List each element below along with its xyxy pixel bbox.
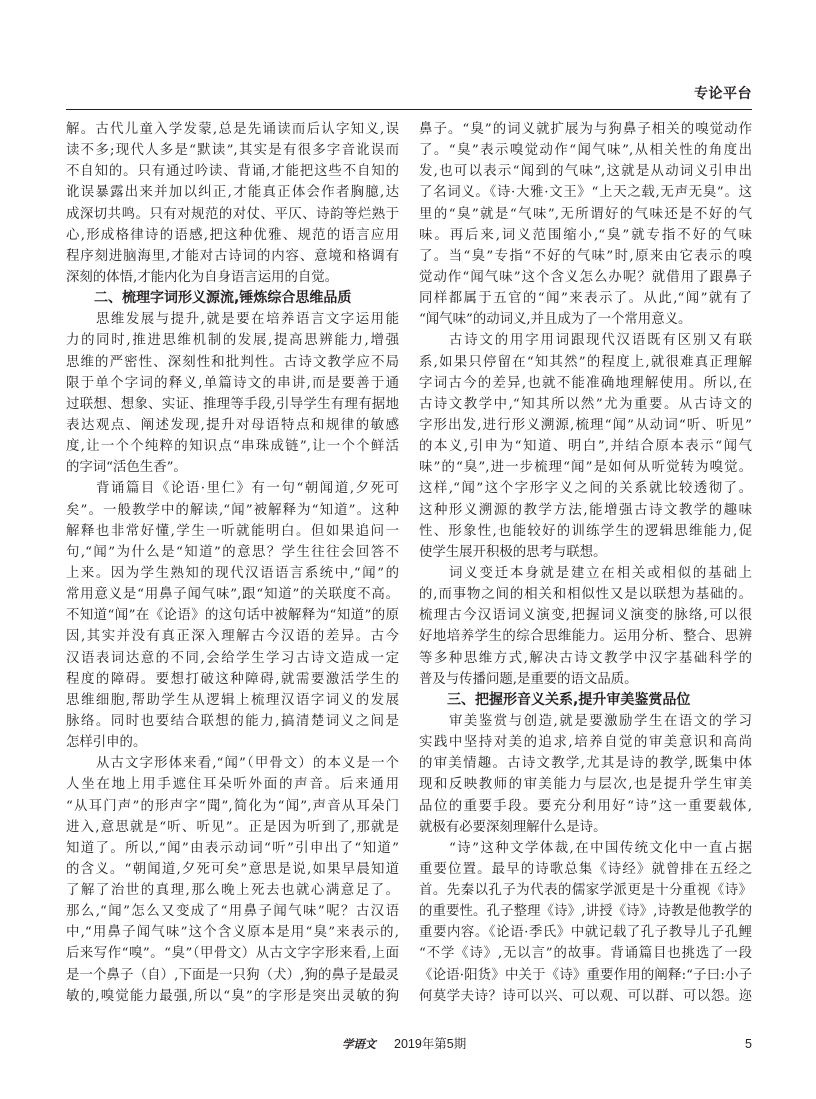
text-line: 的审美情趣。古诗文教学,尤其是诗的教学,既集中体 xyxy=(419,753,752,774)
text-line: 古诗文的用字用词跟现代汉语既有区别又有联 xyxy=(419,330,752,351)
text-line: 同样都属于五官的“闻”来表示了。从此,“闻”就有了 xyxy=(419,288,752,309)
text-line: 程序刻进脑海里,才能对古诗词的内容、意境和格调有 xyxy=(66,246,399,267)
issue-label: 2019年第5期 xyxy=(394,1036,466,1052)
text-line: 发,也可以表示“闻到的气味”,这就是从动词义引申出 xyxy=(419,161,752,182)
text-line: 词义变迁本身就是建立在相关或相似的基础上 xyxy=(419,563,752,584)
text-line: “不学《诗》,无以言”的故事。背诵篇目也挑选了一段 xyxy=(419,943,752,964)
text-line: 梳理古今汉语词义演变,把握词义演变的脉络,可以很 xyxy=(419,605,752,626)
left-column: 解。古代儿童入学发蒙,总是先诵读而后认字知义,误 读不多;现代人多是“默读”,其… xyxy=(66,119,399,1007)
text-line: 的重要性。孔子整理《诗》,讲授《诗》,诗教是他教学的 xyxy=(419,901,752,922)
text-line: 这种形义溯源的教学方法,能增强古诗文教学的趣味 xyxy=(419,500,752,521)
text-line: 敏的,嗅觉能力最强,所以“臭”的字形是突出灵敏的狗 xyxy=(66,986,399,1007)
section-heading: 二、梳理字词形义源流,锤炼综合思维品质 xyxy=(66,288,399,309)
text-line: 因,其实并没有真正深入理解古今汉语的差异。古今 xyxy=(66,626,399,647)
paragraph: 从古文字形体来看,“闻”（甲骨文）的本义是一个 人坐在地上用手遮住耳朵听外面的声… xyxy=(66,753,399,1007)
text-line: 脉络。同时也要结合联想的能力,搞清楚词义之间是 xyxy=(66,711,399,732)
text-line: 思维发展与提升,就是要在培养语言文字运用能 xyxy=(66,309,399,330)
text-line: 的字词“活色生香”。 xyxy=(66,457,399,478)
text-line: 读不多;现代人多是“默读”,其实是有很多字音讹误而 xyxy=(66,140,399,161)
text-line: 系,如果只停留在“知其然”的程度上,就很难真正理解 xyxy=(419,352,752,373)
page-number: 5 xyxy=(745,1036,752,1052)
text-line: 重要内容。《论语·季氏》中就记载了孔子教导儿子孔鲤 xyxy=(419,922,752,943)
text-line: 人坐在地上用手遮住耳朵听外面的声音。后来通用 xyxy=(66,774,399,795)
text-line: 普及与传播问题,是重要的语文品质。 xyxy=(419,669,752,690)
paragraph: 解。古代儿童入学发蒙,总是先诵读而后认字知义,误 读不多;现代人多是“默读”,其… xyxy=(66,119,399,288)
text-line: 句,“闻”为什么是“知道”的意思？学生往往会回答不 xyxy=(66,542,399,563)
text-line: 解释也非常好懂,学生一听就能明白。但如果追问一 xyxy=(66,521,399,542)
text-line: 背诵篇目《论语·里仁》有一句“朝闻道,夕死可 xyxy=(66,478,399,499)
journal-page: 专论平台 解。古代儿童入学发蒙,总是先诵读而后认字知义,误 读不多;现代人多是“… xyxy=(0,0,816,1099)
text-line: 何莫学夫诗？诗可以兴、可以观、可以群、可以怨。迩 xyxy=(419,986,752,1007)
text-line: 常用意义是“用鼻子闻气味”,跟“知道”的关联度不高。 xyxy=(66,584,399,605)
text-line: 觉动作“闻气味”这个含义怎么办呢？就借用了跟鼻子 xyxy=(419,267,752,288)
paragraph: “诗”这种文学体裁,在中国传统文化中一直占据 重要位置。最早的诗歌总集《诗经》就… xyxy=(419,838,752,1007)
text-line: 知道了。所以,“闻”由表示动词“听”引申出了“知道” xyxy=(66,838,399,859)
text-line: 解。古代儿童入学发蒙,总是先诵读而后认字知义,误 xyxy=(66,119,399,140)
text-line: 中,“用鼻子闻气味”这个含义原本是用“臭”来表示的, xyxy=(66,922,399,943)
text-line: “闻气味”的动词义,并且成为了一个常用意义。 xyxy=(419,309,752,330)
text-line: 讹误暴露出来并加以纠正,才能真正体会作者胸臆,达 xyxy=(66,182,399,203)
text-line: 从古文字形体来看,“闻”（甲骨文）的本义是一个 xyxy=(66,753,399,774)
text-line: 进入,意思就是“听、听见”。正是因为听到了,那就是 xyxy=(66,817,399,838)
text-line: 鼻子。“臭”的词义就扩展为与狗鼻子相关的嗅觉动作 xyxy=(419,119,752,140)
text-line: 表达观点、阐述发现,提升对母语特点和规律的敏感 xyxy=(66,415,399,436)
text-line: 程度的障碍。要想打破这种障碍,就需要激活学生的 xyxy=(66,669,399,690)
text-line: 的,而事物之间的相关和相似性又是以联想为基础的。 xyxy=(419,584,752,605)
text-line: 了。当“臭”专指“不好的气味”时,原来由它表示的嗅 xyxy=(419,246,752,267)
text-line: 心,形成格律诗的语感,把这种优雅、规范的语言应用 xyxy=(66,225,399,246)
text-line: 成深切共鸣。只有对规范的对仗、平仄、诗韵等烂熟于 xyxy=(66,204,399,225)
text-line: 的本义,引申为“知道、明白”,并结合原本表示“闻气 xyxy=(419,436,752,457)
text-line: 实践中坚持对美的追求,培养自觉的审美意识和高尚 xyxy=(419,732,752,753)
paragraph: 背诵篇目《论语·里仁》有一句“朝闻道,夕死可 矣”。一般教学中的解读,“闻”被解… xyxy=(66,478,399,753)
text-line: 力的同时,推进思维机制的发展,提高思辨能力,增强 xyxy=(66,330,399,351)
right-column: 鼻子。“臭”的词义就扩展为与狗鼻子相关的嗅觉动作 了。“臭”表示嗅觉动作“闻气味… xyxy=(419,119,752,1007)
text-line: 思维的严密性、深刻性和批判性。古诗文教学应不局 xyxy=(66,352,399,373)
text-line: 度,让一个个纯粹的知识点“串珠成链”,让一个个鲜活 xyxy=(66,436,399,457)
paragraph: 词义变迁本身就是建立在相关或相似的基础上 的,而事物之间的相关和相似性又是以联想… xyxy=(419,563,752,690)
text-line: 字词古今的差异,也就不能准确地理解使用。所以,在 xyxy=(419,373,752,394)
text-line: 矣”。一般教学中的解读,“闻”被解释为“知道”。这种 xyxy=(66,500,399,521)
text-line: 那么,“闻”怎么又变成了“用鼻子闻气味”呢？古汉语 xyxy=(66,901,399,922)
text-line: 这样,“闻”这个字形字义之间的关系就比较透彻了。 xyxy=(419,478,752,499)
text-line: 汉语表词达意的不同,会给学生学习古诗文造成一定 xyxy=(66,648,399,669)
text-line: “诗”这种文学体裁,在中国传统文化中一直占据 xyxy=(419,838,752,859)
text-line: 审美鉴赏与创造,就是要激励学生在语文的学习 xyxy=(419,711,752,732)
text-line: 了名词义。《诗·大雅·文王》“上天之载,无声无臭”。这 xyxy=(419,182,752,203)
text-line: 等多种思维方式,解决古诗文教学中汉字基础科学的 xyxy=(419,648,752,669)
text-line: 现和反映教师的审美能力与层次,也是提升学生审美 xyxy=(419,774,752,795)
text-line: 古诗文教学中,“知其所以然”尤为重要。从古诗文的 xyxy=(419,394,752,415)
text-line: 性、形象性,也能较好的训练学生的逻辑思维能力,促 xyxy=(419,521,752,542)
text-line: 不知道“闻”在《论语》的这句话中被解释为“知道”的原 xyxy=(66,605,399,626)
text-line: 深刻的体悟,才能内化为自身语言运用的自觉。 xyxy=(66,267,399,288)
text-line: 味。再后来,词义范围缩小,“臭”就专指不好的气味 xyxy=(419,225,752,246)
text-line: 了解了治世的真理,那么晚上死去也就心满意足了。 xyxy=(66,880,399,901)
text-line: 重要位置。最早的诗歌总集《诗经》就曾排在五经之 xyxy=(419,859,752,880)
text-line: 好地培养学生的综合思维能力。运用分析、整合、思辨 xyxy=(419,626,752,647)
text-line: 了。“臭”表示嗅觉动作“闻气味”,从相关性的角度出 xyxy=(419,140,752,161)
header-rule xyxy=(66,109,752,110)
journal-logo: 学语文 xyxy=(342,1036,376,1052)
text-line: 思维细胞,帮助学生从逻辑上梳理汉语字词义的发展 xyxy=(66,690,399,711)
text-line: 不自知的。只有通过吟读、背诵,才能把这些不自知的 xyxy=(66,161,399,182)
paragraph: 古诗文的用字用词跟现代汉语既有区别又有联 系,如果只停留在“知其然”的程度上,就… xyxy=(419,330,752,563)
text-line: 首。先秦以孔子为代表的儒家学派更是十分重视《诗》 xyxy=(419,880,752,901)
text-line: 上来。因为学生熟知的现代汉语语言系统中,“闻”的 xyxy=(66,563,399,584)
text-line: 就极有必要深刻理解什么是诗。 xyxy=(419,817,752,838)
text-line: 是一个鼻子（自）,下面是一只狗（犬）,狗的鼻子是最灵 xyxy=(66,965,399,986)
paragraph: 鼻子。“臭”的词义就扩展为与狗鼻子相关的嗅觉动作 了。“臭”表示嗅觉动作“闻气味… xyxy=(419,119,752,330)
text-line: 过联想、想象、实证、推理等手段,引导学生有理有据地 xyxy=(66,394,399,415)
text-line: 后来写作“嗅”。“臭”（甲骨文）从古文字字形来看,上面 xyxy=(66,943,399,964)
text-line: “从耳门声”的形声字“聞”,简化为“闻”,声音从耳朵门 xyxy=(66,796,399,817)
text-line: 怎样引申的。 xyxy=(66,732,399,753)
text-line: 的含义。“朝闻道,夕死可矣”意思是说,如果早晨知道 xyxy=(66,859,399,880)
text-line: 《论语·阳货》中关于《诗》重要作用的阐释:“子曰:小子 xyxy=(419,965,752,986)
section-title: 专论平台 xyxy=(694,86,752,103)
text-line: 字形出发,进行形义溯源,梳理“闻”从动词“听、听见” xyxy=(419,415,752,436)
text-line: 限于单个字词的释义,单篇诗文的串讲,而是要善于通 xyxy=(66,373,399,394)
text-line: 品位的重要手段。要充分利用好“诗”这一重要载体, xyxy=(419,796,752,817)
paragraph: 审美鉴赏与创造,就是要激励学生在语文的学习 实践中坚持对美的追求,培养自觉的审美… xyxy=(419,711,752,838)
text-line: 味”的“臭”,进一步梳理“闻”是如何从听觉转为嗅觉。 xyxy=(419,457,752,478)
section-heading: 三、把握形音义关系,提升审美鉴赏品位 xyxy=(419,690,752,711)
paragraph: 思维发展与提升,就是要在培养语言文字运用能 力的同时,推进思维机制的发展,提高思… xyxy=(66,309,399,478)
text-line: 使学生展开积极的思考与联想。 xyxy=(419,542,752,563)
text-line: 里的“臭”就是“气味”,无所谓好的气味还是不好的气 xyxy=(419,204,752,225)
